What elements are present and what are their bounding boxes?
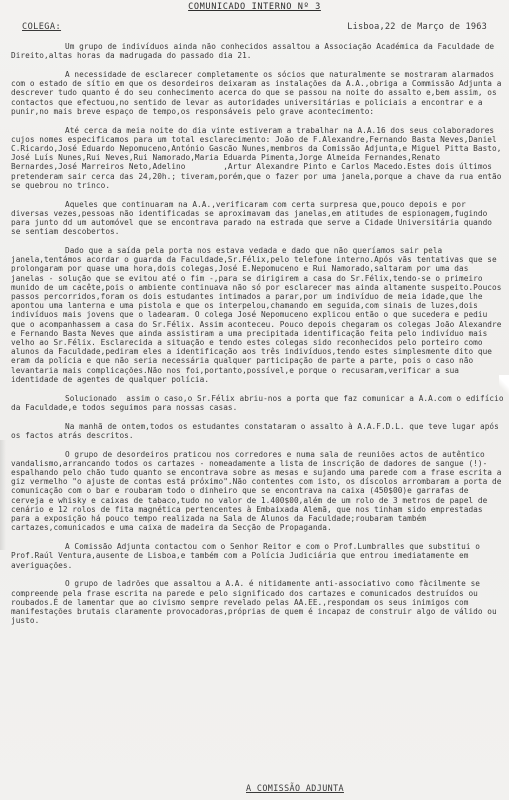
- paragraph-text: A necessidade de esclarecer completament…: [11, 70, 506, 116]
- date-line: Lisboa,22 de Março de 1963: [347, 22, 487, 32]
- paragraph-10: O grupo de ladrões que assaltou a A.A. é…: [11, 579, 505, 625]
- paragraph-text: Dado que a saída pela porta nos estava v…: [11, 246, 506, 384]
- paragraph-text: O grupo de desordeiros praticou nos corr…: [11, 450, 506, 533]
- page-fold-shadow: [0, 440, 6, 550]
- paragraph-text: Até cerca da meia noite do dia vinte est…: [11, 126, 506, 190]
- paragraph-1: Um grupo de indivíduos ainda não conheci…: [11, 42, 505, 60]
- paragraph-8: O grupo de desordeiros praticou nos corr…: [11, 450, 505, 533]
- paragraph-3: Até cerca da meia noite do dia vinte est…: [11, 126, 505, 190]
- document-title: COMUNICADO INTERNO Nº 3: [0, 2, 509, 12]
- paragraph-6: Solucionado assim o caso,o Sr.Félix abri…: [11, 394, 505, 412]
- salutation: COLEGA:: [22, 22, 61, 32]
- paragraph-text: Na manhã de ontem,todos os estudantes co…: [11, 422, 504, 440]
- signature: A COMISSÃO ADJUNTA: [246, 783, 344, 793]
- paragraph-2: A necessidade de esclarecer completament…: [11, 70, 505, 116]
- paragraph-text: O grupo de ladrões que assaltou a A.A. é…: [11, 579, 501, 625]
- document-body: Um grupo de indivíduos ainda não conheci…: [11, 42, 505, 635]
- scanned-page: COMUNICADO INTERNO Nº 3 COLEGA: Lisboa,2…: [0, 0, 509, 800]
- paragraph-7: Na manhã de ontem,todos os estudantes co…: [11, 422, 505, 440]
- paragraph-5: Dado que a saída pela porta nos estava v…: [11, 246, 505, 384]
- paragraph-4: Aqueles que continuaram na A.A.,verifica…: [11, 200, 505, 237]
- paragraph-text: A Comissão Adjunta contactou com o Senho…: [11, 542, 485, 569]
- paragraph-9: A Comissão Adjunta contactou com o Senho…: [11, 542, 505, 570]
- paragraph-text: Solucionado assim o caso,o Sr.Félix abri…: [11, 394, 508, 412]
- paragraph-text: Um grupo de indivíduos ainda não conheci…: [11, 42, 499, 60]
- paragraph-text: Aqueles que continuaram na A.A.,verifica…: [11, 200, 497, 237]
